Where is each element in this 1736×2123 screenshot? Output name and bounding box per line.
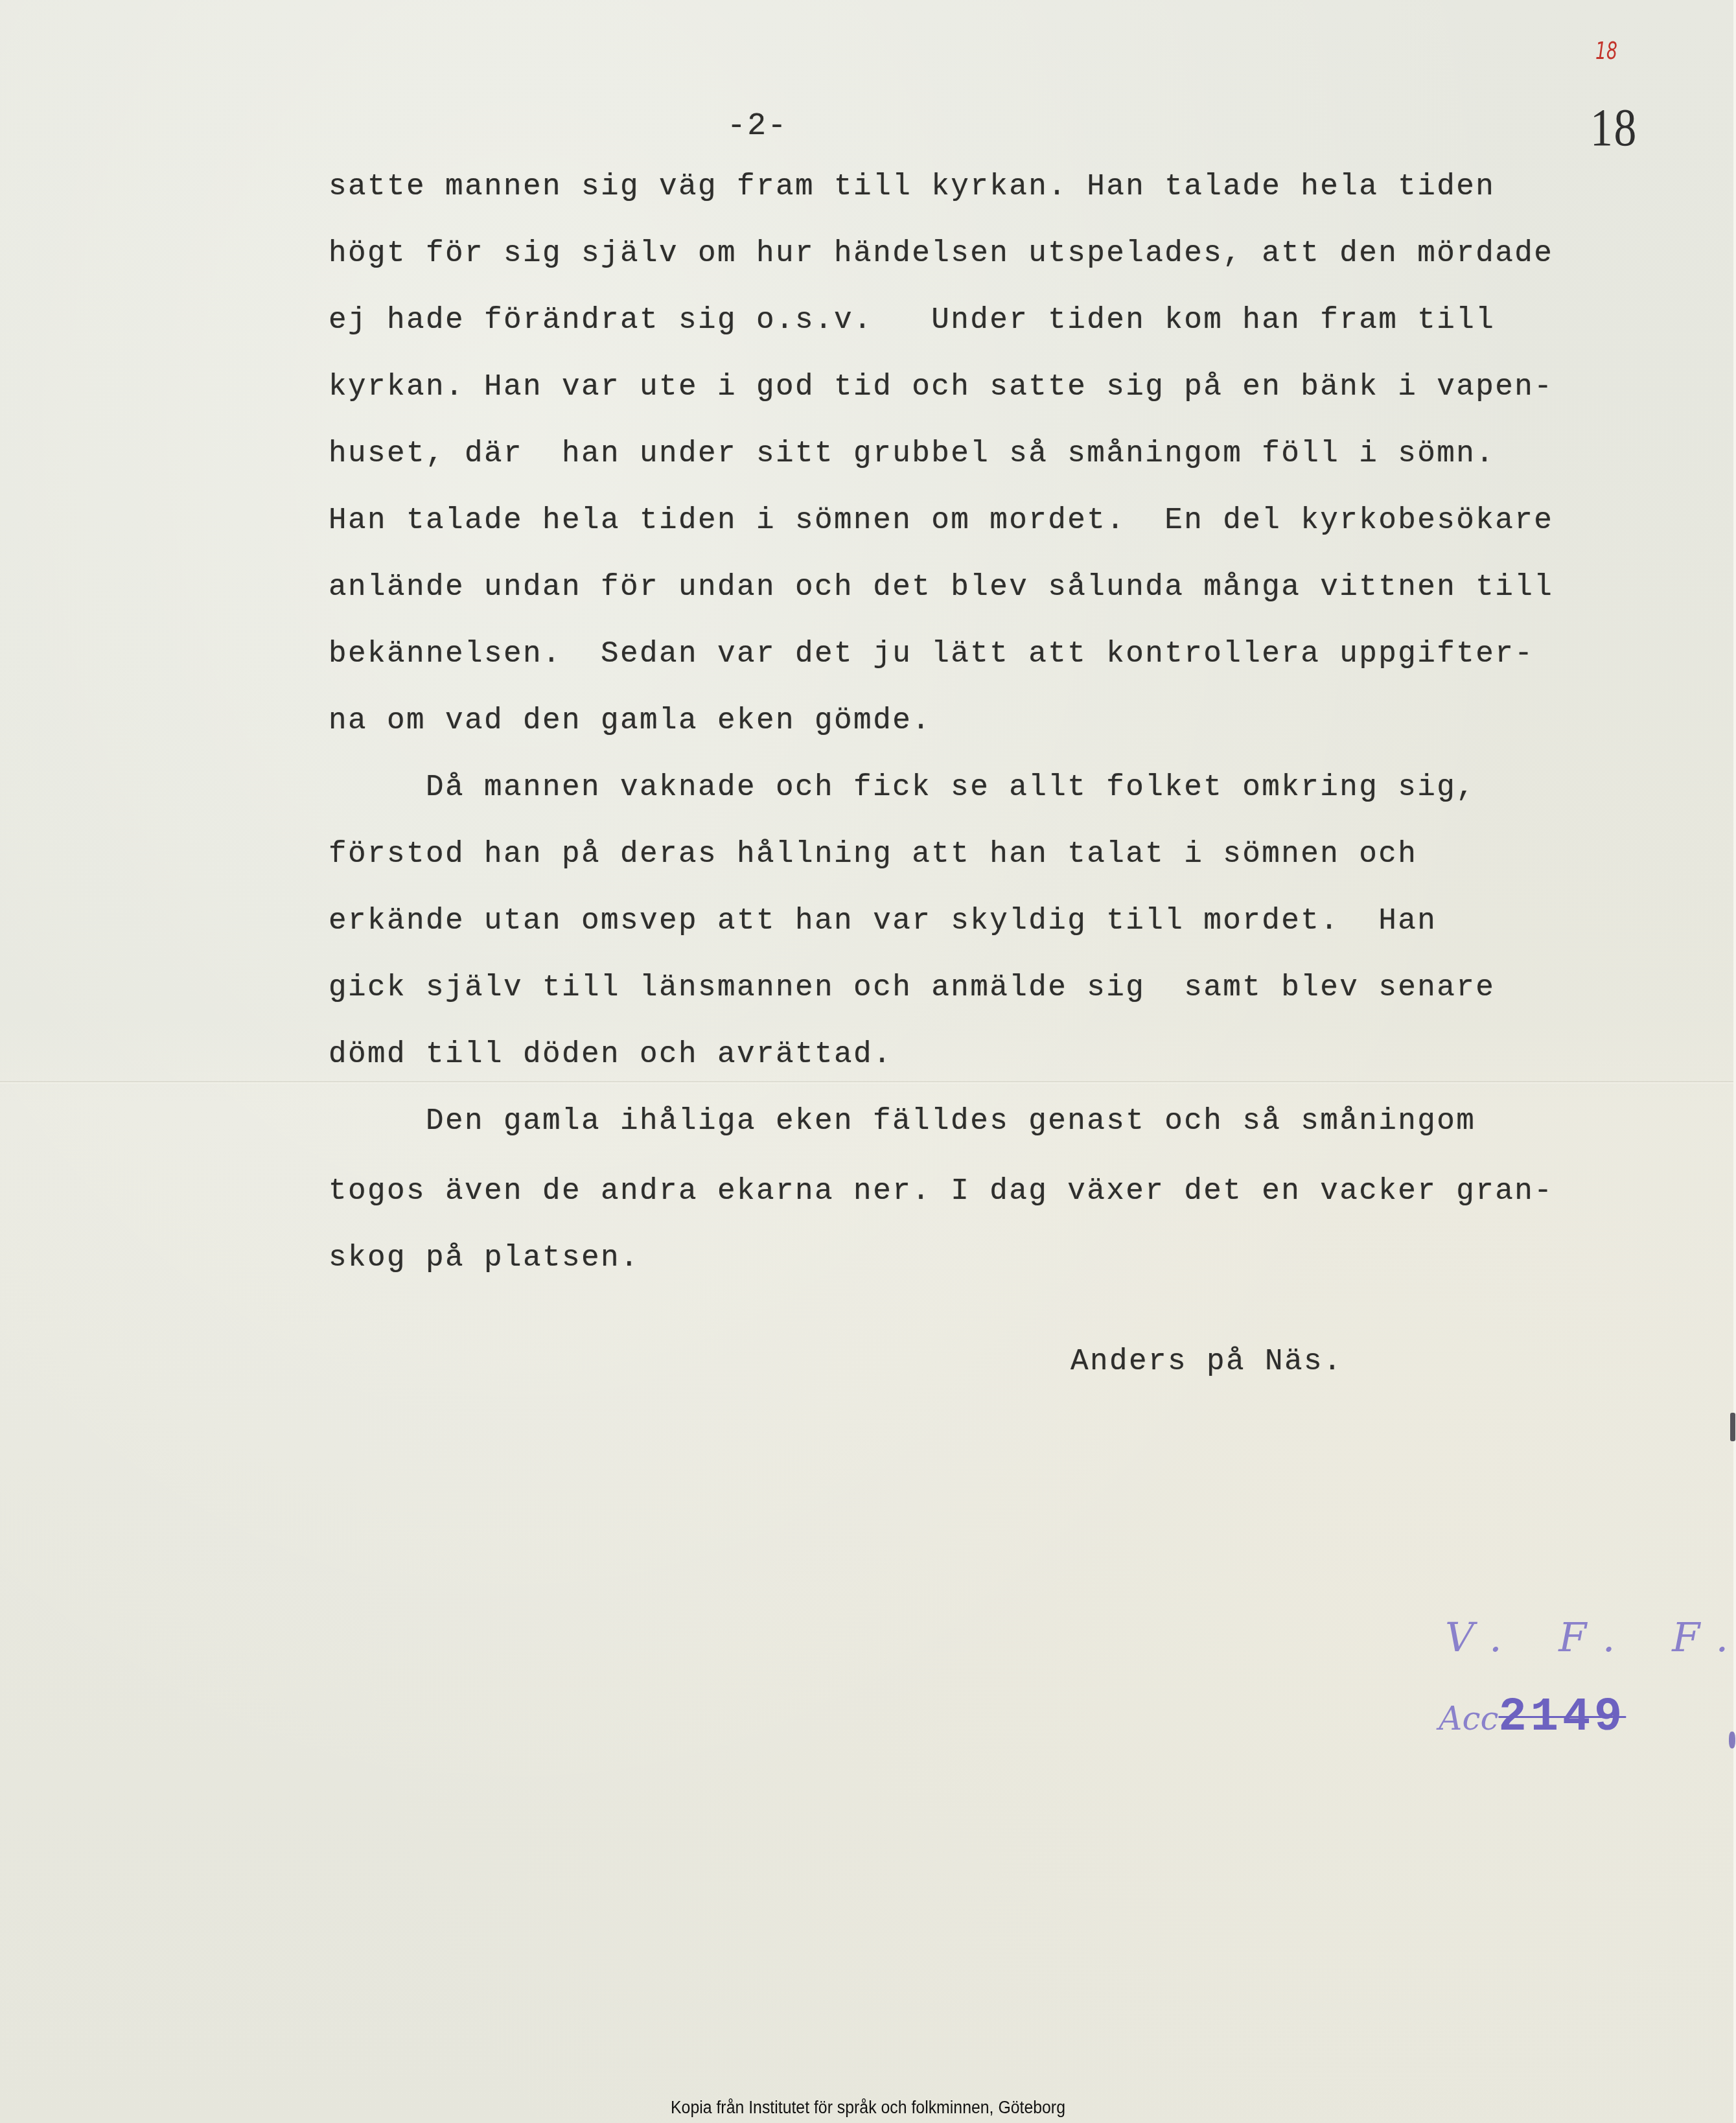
text-line: erkände utan omsvep att han var skyldig … bbox=[329, 904, 1437, 938]
signature: Anders på Näs. bbox=[1071, 1345, 1343, 1378]
text-line: kyrkan. Han var ute i god tid och satte … bbox=[329, 370, 1553, 404]
text-line: satte mannen sig väg fram till kyrkan. H… bbox=[329, 170, 1495, 203]
text-line: anlände undan för undan och det blev sål… bbox=[329, 570, 1553, 604]
text-line: dömd till döden och avrättad. bbox=[329, 1038, 892, 1071]
text-line: Han talade hela tiden i sömnen om mordet… bbox=[329, 504, 1553, 537]
text-line: na om vad den gamla eken gömde. bbox=[329, 704, 931, 737]
stamp-acc-label: Acc bbox=[1439, 1700, 1498, 1737]
text-line: Den gamla ihåliga eken fälldes genast oc… bbox=[426, 1104, 1476, 1138]
text-line: togos även de andra ekarna ner. I dag vä… bbox=[329, 1174, 1553, 1208]
handwritten-page-number: 18 bbox=[1595, 36, 1617, 65]
archive-footer: Kopia från Institutet för språk och folk… bbox=[69, 2098, 1667, 2118]
text-line: ej hade förändrat sig o.s.v. Under tiden… bbox=[329, 303, 1495, 337]
paper-right-edge bbox=[1733, 0, 1736, 2123]
paper-fold-line bbox=[0, 1081, 1736, 1084]
ink-blot bbox=[1729, 1732, 1735, 1748]
text-line: gick själv till länsmannen och anmälde s… bbox=[329, 971, 1495, 1004]
text-line: skog på platsen. bbox=[329, 1241, 640, 1275]
stamped-page-number: 18 bbox=[1590, 97, 1638, 158]
text-line: huset, där han under sitt grubbel så små… bbox=[329, 437, 1495, 470]
text-line: högt för sig själv om hur händelsen utsp… bbox=[329, 237, 1553, 270]
paper-edge-mark bbox=[1730, 1413, 1735, 1441]
text-line: förstod han på deras hållning att han ta… bbox=[329, 837, 1417, 871]
stamp-initials: V. F. F. bbox=[1445, 1614, 1736, 1661]
stamp-acc-number: 2149 bbox=[1498, 1691, 1626, 1744]
text-line: bekännelsen. Sedan var det ju lätt att k… bbox=[329, 637, 1534, 671]
stamp-accession: Acc2149 bbox=[1426, 1678, 1626, 1756]
page-marker: -2- bbox=[727, 109, 788, 144]
text-line: Då mannen vaknade och fick se allt folke… bbox=[426, 771, 1476, 804]
